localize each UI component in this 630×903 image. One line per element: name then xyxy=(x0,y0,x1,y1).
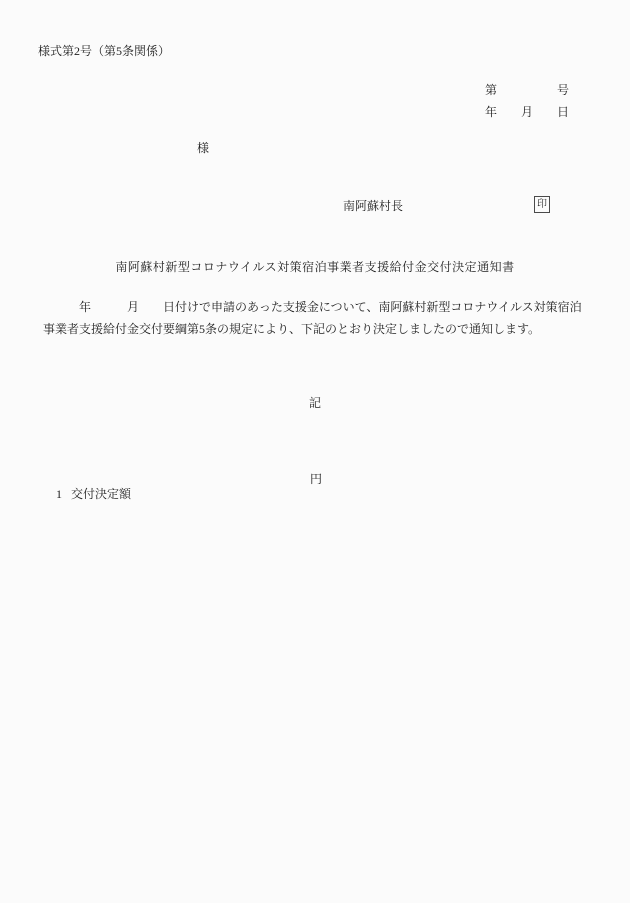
grant-amount-row: 1交付決定額 円 xyxy=(44,470,590,532)
record-marker: 記 xyxy=(0,396,630,411)
form-number: 様式第2号（第5条関係） xyxy=(38,44,170,59)
item-unit: 円 xyxy=(310,470,322,487)
inkan-seal-icon: 印 xyxy=(534,196,550,213)
document-number-line: 第 号 xyxy=(485,83,569,98)
item-label: 交付決定額 xyxy=(71,487,131,501)
item-number: 1 xyxy=(56,487,62,501)
sender-title: 南阿蘇村長 xyxy=(343,199,403,214)
document-title: 南阿蘇村新型コロナウイルス対策宿泊事業者支援給付金交付決定通知書 xyxy=(0,260,630,275)
body-paragraph-line-1: 年 月 日付けで申請のあった支援金について、南阿蘇村新型コロナウイルス対策宿泊 xyxy=(43,300,582,315)
document-page: 様式第2号（第5条関係） 第 号 年 月 日 様 南阿蘇村長 印 南阿蘇村新型コ… xyxy=(0,0,630,903)
addressee-suffix: 様 xyxy=(197,141,209,156)
date-line: 年 月 日 xyxy=(485,105,569,120)
body-paragraph-line-2: 事業者支援給付金交付要綱第5条の規定により、下記のとおり決定しましたので通知しま… xyxy=(43,322,540,337)
